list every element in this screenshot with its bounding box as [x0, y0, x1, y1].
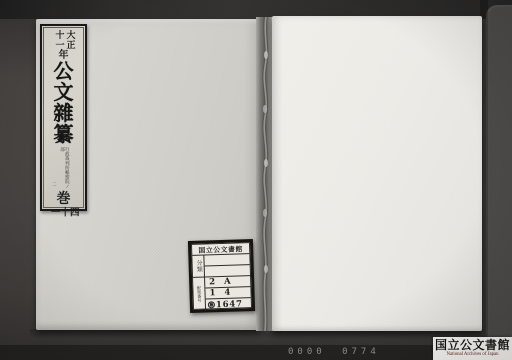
spine-subtitle-text: 行政裁判所樞密院ノ部: [59, 147, 69, 191]
scanner-cradle-edge: [486, 5, 512, 357]
watermark-title: 国立公文書館: [435, 339, 510, 351]
book-blank-page: [272, 16, 482, 331]
volume-prefix-char: 巻: [57, 192, 71, 206]
spine-label-frame: 十一 大正 年 公 文 雜 纂 行政裁判所樞密院ノ部 二 巻 四十一: [43, 27, 84, 208]
film-frame-counter: 0000 0774: [288, 347, 380, 357]
shelf-number: 1647: [216, 299, 243, 310]
shelf-field-cell: 配架番号: [193, 278, 206, 311]
spine-title-char: 纂: [54, 124, 74, 145]
background-left-margin: [0, 0, 37, 360]
watermark-subtitle: National Archives of Japan: [446, 353, 498, 358]
era-right-column: 大正: [65, 30, 74, 50]
class-field-label: 分類: [195, 260, 201, 273]
spine-subtitle-side-mark: 二: [52, 182, 56, 188]
volume-number: 四十一: [49, 207, 78, 217]
shelf-value-row: 纂 1647: [206, 298, 251, 310]
era-left-column: 十一: [54, 30, 63, 50]
era-date-block: 十一 大正: [54, 30, 74, 50]
archives-watermark: 国立公文書館 National Archives of Japan: [433, 337, 512, 360]
shelf-field-label: 配架番号: [197, 286, 202, 303]
class-field-cell: 分類: [192, 256, 205, 278]
archive-label-table: 分類 配架番号 2 A 1 4 纂 1647: [192, 254, 251, 311]
spine-subtitle-block: 行政裁判所樞密院ノ部 二: [44, 147, 83, 191]
archive-classification-label: 国立公文書館 分類 配架番号 2 A 1 4 纂 1647: [188, 239, 255, 313]
spine-title-char: 雜: [54, 103, 74, 124]
scanned-document-photo: 十一 大正 年 公 文 雜 纂 行政裁判所樞密院ノ部 二 巻 四十一 国立公文書…: [0, 0, 512, 360]
spine-title-char: 公: [54, 61, 74, 82]
circled-kanji-stamp: 纂: [208, 301, 215, 308]
spine-title-char: 文: [54, 82, 74, 103]
archive-label-card: 国立公文書館 分類 配架番号 2 A 1 4 纂 1647: [191, 242, 252, 310]
spine-title-label: 十一 大正 年 公 文 雜 纂 行政裁判所樞密院ノ部 二 巻 四十一: [40, 24, 87, 211]
